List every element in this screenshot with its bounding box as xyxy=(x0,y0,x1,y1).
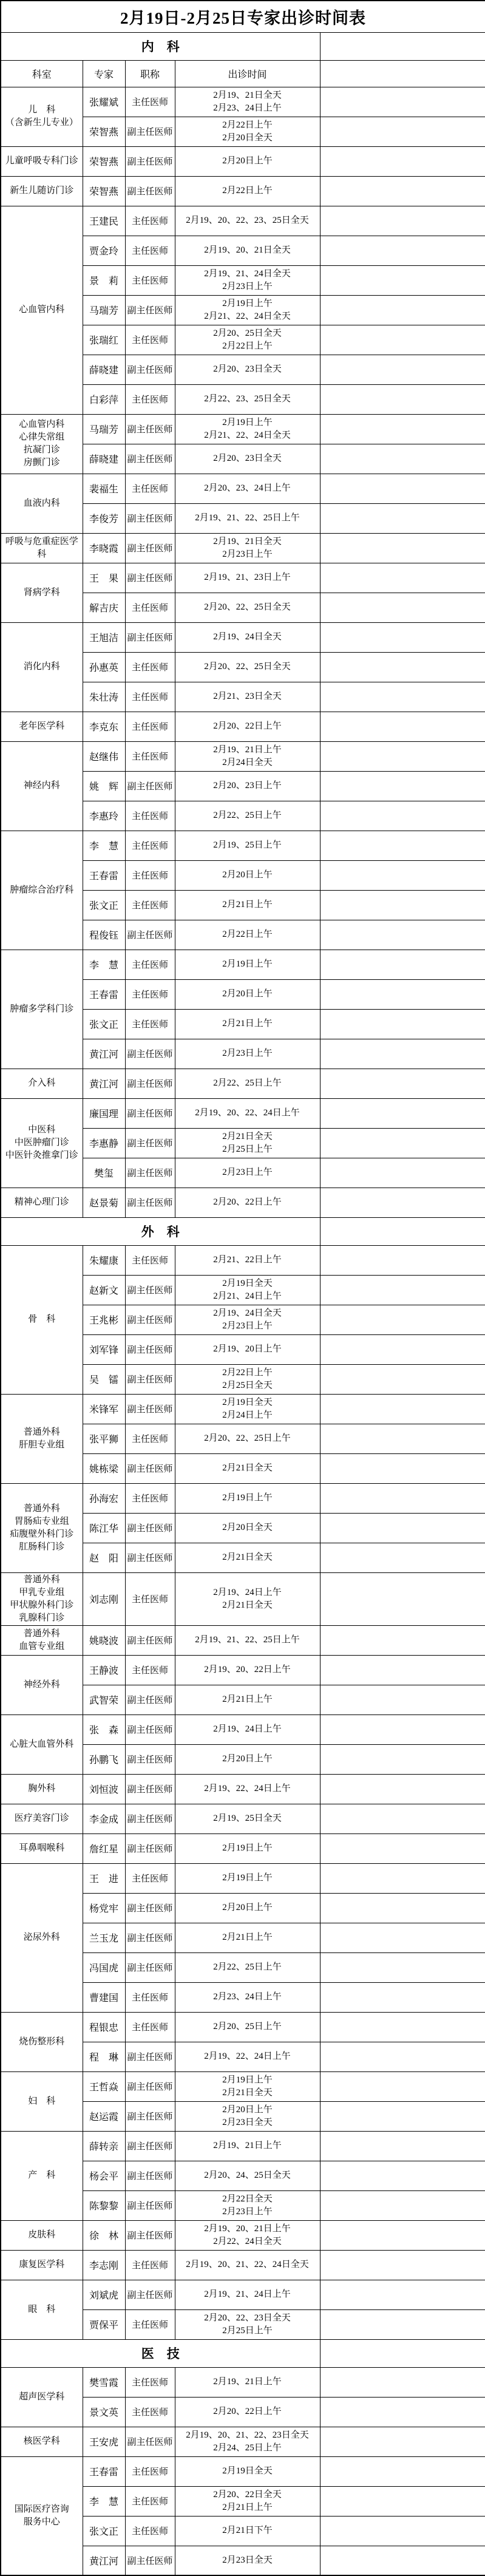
spacer-cell xyxy=(320,801,485,831)
doctor-name-cell: 朱壮涛 xyxy=(83,682,125,712)
schedule-cell: 2月19、21日全天2月23日上午 xyxy=(175,533,320,563)
department-cell: 普通外科甲乳专业组甲状腺外科门诊乳腺科门诊 xyxy=(1,1572,83,1625)
spacer-cell xyxy=(320,1158,485,1188)
schedule-cell: 2月20日上午 xyxy=(175,146,320,176)
doctor-row: 医疗美容门诊李金成副主任医师2月19、25日全天 xyxy=(1,1804,485,1833)
schedule-cell: 2月21日全天 xyxy=(175,1453,320,1483)
section-header: 内 科 xyxy=(1,32,320,60)
doctor-name-cell: 王兆彬 xyxy=(83,1305,125,1334)
doctor-title-cell: 副主任医师 xyxy=(125,1275,175,1305)
text-line: 抗凝门诊 xyxy=(2,444,81,457)
spacer-cell xyxy=(320,2101,485,2131)
schedule-cell: 2月22日全天2月23日上午 xyxy=(175,2190,320,2220)
schedule-cell: 2月19、20、22、24日上午 xyxy=(175,1098,320,1128)
doctor-name-cell: 薛晓建 xyxy=(83,444,125,474)
schedule-cell: 2月19、21日上午 xyxy=(175,2367,320,2397)
spacer-cell xyxy=(320,1188,485,1217)
schedule-cell: 2月19日上午2月21日全天 xyxy=(175,2071,320,2101)
text-line: 2月20、22、25日上午 xyxy=(177,1432,319,1445)
text-line: 心血管内科 xyxy=(2,304,81,316)
spacer-cell xyxy=(320,1217,485,1245)
section-header: 外 科 xyxy=(1,1217,320,1245)
text-line: 胃肠疝专业组 xyxy=(2,1515,81,1528)
spacer-cell xyxy=(320,1543,485,1572)
department-cell: 康复医学科 xyxy=(1,2250,83,2280)
text-line: 心血管内科 xyxy=(2,418,81,431)
doctor-title-cell: 主任医师 xyxy=(125,87,175,117)
doctor-name-cell: 李惠玲 xyxy=(83,801,125,831)
text-line: 2月23日上午 xyxy=(177,280,319,293)
text-line: 2月23日上午 xyxy=(177,1166,319,1179)
text-line: 血液内科 xyxy=(2,497,81,510)
spacer-cell xyxy=(320,1685,485,1715)
schedule-cell: 2月20、22、25日上午 xyxy=(175,1424,320,1453)
schedule-cell: 2月19日上午 xyxy=(175,950,320,979)
doctor-name-cell: 赵继伟 xyxy=(83,741,125,771)
text-line: 2月21日上午 xyxy=(177,899,319,911)
text-line: 肝胆专业组 xyxy=(2,1439,81,1452)
spacer-cell xyxy=(320,712,485,741)
text-line: 康复医学科 xyxy=(2,2258,81,2271)
department-cell: 心脏大血管外科 xyxy=(1,1715,83,1774)
spacer-cell xyxy=(320,2220,485,2250)
text-line: 2月21日全天 xyxy=(177,1599,319,1612)
doctor-row: 神经外科王静波主任医师2月19、20、22日上午 xyxy=(1,1655,485,1685)
text-line: 2月19日上午 xyxy=(177,1842,319,1855)
text-line: 皮肤科 xyxy=(2,2229,81,2241)
doctor-name-cell: 黄江河 xyxy=(83,2546,125,2575)
text-line: 2月21日上午 xyxy=(177,1018,319,1030)
doctor-name-cell: 王春雷 xyxy=(83,860,125,890)
doctor-title-cell: 主任医师 xyxy=(125,236,175,265)
text-line: 2月19日上午 xyxy=(177,2074,319,2087)
text-line: 2月21日全天 xyxy=(177,1551,319,1564)
doctor-title-cell: 主任医师 xyxy=(125,1982,175,2012)
text-line: 2月20、25日上午 xyxy=(177,2020,319,2033)
doctor-name-cell: 杨党牢 xyxy=(83,1893,125,1923)
schedule-cell: 2月20、22日上午 xyxy=(175,1188,320,1217)
doctor-name-cell: 王 进 xyxy=(83,1863,125,1893)
spacer-cell xyxy=(320,1424,485,1453)
department-cell: 肿瘤多学科门诊 xyxy=(1,950,83,1069)
doctor-title-cell: 副主任医师 xyxy=(125,1625,175,1655)
schedule-cell: 2月21、23日全天 xyxy=(175,682,320,712)
doctor-title-cell: 副主任医师 xyxy=(125,1893,175,1923)
doctor-title-cell: 主任医师 xyxy=(125,712,175,741)
text-line: 2月22日上午 xyxy=(177,185,319,197)
doctor-title-cell: 副主任医师 xyxy=(125,1952,175,1982)
doctor-name-cell: 武智荣 xyxy=(83,1685,125,1715)
text-line: 心律失常组 xyxy=(2,431,81,444)
schedule-cell: 2月21日全天 xyxy=(175,1543,320,1572)
spacer-cell xyxy=(320,1364,485,1394)
spacer-cell xyxy=(320,771,485,801)
doctor-title-cell: 副主任医师 xyxy=(125,1804,175,1833)
text-line: 2月21、23日全天 xyxy=(177,690,319,703)
doctor-name-cell: 李晓霞 xyxy=(83,533,125,563)
text-line: 中医肿瘤门诊 xyxy=(2,1137,81,1149)
text-line: 妇 科 xyxy=(2,2095,81,2108)
spacer-cell xyxy=(320,503,485,533)
schedule-cell: 2月22日上午 xyxy=(175,176,320,206)
doctor-row: 血液内科裴福生主任医师2月20、23、24日上午 xyxy=(1,474,485,503)
text-line: 2月19日上午 xyxy=(177,1492,319,1504)
doctor-name-cell: 杨会平 xyxy=(83,2161,125,2190)
text-line: 服务中心 xyxy=(2,2516,81,2529)
spacer-cell xyxy=(320,87,485,117)
schedule-cell: 2月22、23、25日全天 xyxy=(175,384,320,414)
spacer-cell xyxy=(320,682,485,712)
spacer-cell xyxy=(320,117,485,146)
doctor-name-cell: 赵运霞 xyxy=(83,2101,125,2131)
doctor-title-cell: 副主任医师 xyxy=(125,771,175,801)
doctor-title-cell: 副主任医师 xyxy=(125,2131,175,2161)
text-line: 2月19、24日全天 xyxy=(177,1307,319,1320)
doctor-row: 普通外科胃肠疝专业组疝腹壁外科门诊肛肠科门诊孙海宏主任医师2月19日上午 xyxy=(1,1483,485,1513)
text-line: 2月19日上午 xyxy=(177,297,319,310)
doctor-row: 普通外科血管专业组姚晓波副主任医师2月19、21、22、25日上午 xyxy=(1,1625,485,1655)
doctor-row: 心血管内科王建民主任医师2月19、20、22、23、25日全天 xyxy=(1,206,485,236)
doctor-name-cell: 陈江华 xyxy=(83,1513,125,1543)
text-line: 2月20日全天 xyxy=(177,1521,319,1534)
doctor-name-cell: 姚晓波 xyxy=(83,1625,125,1655)
doctor-row: 介入科黄江河副主任医师2月22、25日上午 xyxy=(1,1069,485,1098)
text-line: 2月19、20日上午 xyxy=(177,1343,319,1356)
schedule-cell: 2月20日上午 xyxy=(175,1893,320,1923)
text-line: 2月19、20、21日上午 xyxy=(177,2223,319,2235)
section-header: 医 技 xyxy=(1,2339,320,2367)
spacer-cell xyxy=(320,1009,485,1039)
text-line: 骨 科 xyxy=(2,1313,81,1326)
department-cell: 儿 科（含新生儿专业） xyxy=(1,87,83,146)
spacer-cell xyxy=(320,1069,485,1098)
text-line: 2月20日上午 xyxy=(177,1753,319,1765)
text-line: 肾病学科 xyxy=(2,586,81,599)
doctor-title-cell: 主任医师 xyxy=(125,474,175,503)
department-cell: 国际医疗咨询服务中心 xyxy=(1,2456,83,2575)
text-line: 泌尿外科 xyxy=(2,1931,81,1944)
doctor-name-cell: 张文正 xyxy=(83,2516,125,2546)
text-line: 2月23日上午 xyxy=(177,2206,319,2218)
text-line: 超声医学科 xyxy=(2,2391,81,2404)
spacer-cell xyxy=(320,1128,485,1158)
doctor-title-cell: 主任医师 xyxy=(125,950,175,979)
text-line: 2月25日上午 xyxy=(177,1143,319,1156)
text-line: 精神心理门诊 xyxy=(2,1196,81,1209)
doctor-title-cell: 副主任医师 xyxy=(125,295,175,325)
doctor-title-cell: 主任医师 xyxy=(125,2516,175,2546)
doctor-name-cell: 张平狮 xyxy=(83,1424,125,1453)
doctor-title-cell: 副主任医师 xyxy=(125,1394,175,1424)
doctor-title-cell: 主任医师 xyxy=(125,890,175,920)
doctor-title-cell: 主任医师 xyxy=(125,2250,175,2280)
doctor-name-cell: 李 慧 xyxy=(83,950,125,979)
department-cell: 普通外科肝胆专业组 xyxy=(1,1394,83,1483)
schedule-cell: 2月23日上午 xyxy=(175,1158,320,1188)
spacer-cell xyxy=(320,1245,485,1275)
schedule-cell: 2月22日上午 xyxy=(175,920,320,950)
doctor-title-cell: 主任医师 xyxy=(125,831,175,860)
doctor-title-cell: 主任医师 xyxy=(125,1245,175,1275)
text-line: 2月19、21日全天 xyxy=(177,89,319,102)
text-line: 2月19、22、24日上午 xyxy=(177,1782,319,1795)
doctor-row: 精神心理门诊赵景菊副主任医师2月20、22日上午 xyxy=(1,1188,485,1217)
department-cell: 耳鼻咽喉科 xyxy=(1,1833,83,1863)
text-line: 2月20日全天 xyxy=(177,132,319,144)
doctor-title-cell: 主任医师 xyxy=(125,1009,175,1039)
doctor-title-cell: 副主任医师 xyxy=(125,355,175,384)
doctor-title-cell: 副主任医师 xyxy=(125,2427,175,2456)
spacer-cell xyxy=(320,1453,485,1483)
text-line: 2月21日全天 xyxy=(177,1130,319,1143)
doctor-title-cell: 副主任医师 xyxy=(125,176,175,206)
text-line: 2月22、25日上午 xyxy=(177,809,319,822)
doctor-name-cell: 王建民 xyxy=(83,206,125,236)
spacer-cell xyxy=(320,1923,485,1952)
doctor-title-cell: 副主任医师 xyxy=(125,1039,175,1069)
spacer-cell xyxy=(320,593,485,622)
doctor-title-cell: 副主任医师 xyxy=(125,920,175,950)
schedule-cell: 2月20日上午 xyxy=(175,860,320,890)
doctor-title-cell: 副主任医师 xyxy=(125,1128,175,1158)
text-line: 2月20、23、24日上午 xyxy=(177,482,319,495)
schedule-cell: 2月23日全天 xyxy=(175,2546,320,2575)
schedule-cell: 2月19、20、21、22、23日全天2月24、25日上午 xyxy=(175,2427,320,2456)
text-line: 2月21、22日上午 xyxy=(177,1254,319,1266)
schedule-cell: 2月20日全天 xyxy=(175,1513,320,1543)
spacer-cell xyxy=(320,1098,485,1128)
text-line: 2月21日全天 xyxy=(177,2087,319,2099)
doctor-name-cell: 李惠静 xyxy=(83,1128,125,1158)
text-line: 2月20日上午 xyxy=(177,869,319,882)
doctor-title-cell: 副主任医师 xyxy=(125,1923,175,1952)
text-line: 2月22、25日上午 xyxy=(177,1077,319,1090)
schedule-cell: 2月21、22日上午 xyxy=(175,1245,320,1275)
schedule-cell: 2月19、20、21、22、24日全天 xyxy=(175,2250,320,2280)
doctor-name-cell: 廉国理 xyxy=(83,1098,125,1128)
text-line: 介入科 xyxy=(2,1077,81,1090)
department-cell: 眼 科 xyxy=(1,2280,83,2339)
doctor-name-cell: 曹建国 xyxy=(83,1982,125,2012)
doctor-name-cell: 冯国虎 xyxy=(83,1952,125,1982)
text-line: 2月19、21日上午 xyxy=(177,744,319,756)
doctor-row: 烧伤整形科程银忠主任医师2月20、25日上午 xyxy=(1,2012,485,2042)
doctor-name-cell: 黄江河 xyxy=(83,1039,125,1069)
department-cell: 中医科中医肿瘤门诊中医针灸推拿门诊 xyxy=(1,1098,83,1188)
doctor-name-cell: 荣智燕 xyxy=(83,176,125,206)
schedule-cell: 2月19、20、22、23、25日全天 xyxy=(175,206,320,236)
text-line: 2月20、22、25日全天 xyxy=(177,661,319,673)
doctor-name-cell: 马瑞芳 xyxy=(83,295,125,325)
doctor-title-cell: 副主任医师 xyxy=(125,1364,175,1394)
doctor-title-cell: 副主任医师 xyxy=(125,1513,175,1543)
text-line: 2月23日上午 xyxy=(177,1320,319,1333)
doctor-name-cell: 樊玺 xyxy=(83,1158,125,1188)
text-line: 2月22、23、25日全天 xyxy=(177,393,319,406)
spacer-cell xyxy=(320,622,485,652)
schedule-cell: 2月19日全天2月21、24日上午 xyxy=(175,1275,320,1305)
schedule-cell: 2月22日上午2月25日全天 xyxy=(175,1364,320,1394)
schedule-cell: 2月22、25日上午 xyxy=(175,801,320,831)
doctor-title-cell: 主任医师 xyxy=(125,1655,175,1685)
text-line: 2月20、23日全天 xyxy=(177,363,319,376)
spacer-cell xyxy=(320,950,485,979)
text-line: 2月19日上午 xyxy=(177,1872,319,1884)
department-cell: 新生儿随访门诊 xyxy=(1,176,83,206)
doctor-name-cell: 荣智燕 xyxy=(83,146,125,176)
doctor-row: 老年医学科李克东主任医师2月20、22日上午 xyxy=(1,712,485,741)
page-title: 2月19日-2月25日专家出诊时间表 xyxy=(1,1,485,32)
schedule-cell: 2月22、25日上午 xyxy=(175,1952,320,1982)
text-line: 儿 科 xyxy=(2,104,81,117)
text-line: 2月22日上午 xyxy=(177,340,319,353)
text-line: 疝腹壁外科门诊 xyxy=(2,1528,81,1541)
doctor-title-cell: 副主任医师 xyxy=(125,1685,175,1715)
doctor-name-cell: 赵 阳 xyxy=(83,1543,125,1572)
doctor-row: 心血管内科心律失常组抗凝门诊房颤门诊马瑞芳副主任医师2月19日上午2月21、22… xyxy=(1,414,485,444)
doctor-title-cell: 副主任医师 xyxy=(125,1774,175,1804)
doctor-title-cell: 副主任医师 xyxy=(125,1069,175,1098)
text-line: 烧伤整形科 xyxy=(2,2036,81,2048)
doctor-title-cell: 主任医师 xyxy=(125,2486,175,2516)
spacer-cell xyxy=(320,1804,485,1833)
schedule-cell: 2月20、22日全天2月21日上午 xyxy=(175,2486,320,2516)
doctor-title-cell: 副主任医师 xyxy=(125,1453,175,1483)
text-line: 2月20日上午 xyxy=(177,155,319,168)
department-cell: 妇 科 xyxy=(1,2071,83,2131)
doctor-title-cell: 副主任医师 xyxy=(125,533,175,563)
doctor-name-cell: 詹红星 xyxy=(83,1833,125,1863)
spacer-cell xyxy=(320,1572,485,1625)
spacer-cell xyxy=(320,2190,485,2220)
doctor-title-cell: 副主任医师 xyxy=(125,2042,175,2071)
schedule-cell: 2月20、22日上午 xyxy=(175,2397,320,2427)
spacer-cell xyxy=(320,2161,485,2190)
text-line: 2月19、20、21日全天 xyxy=(177,244,319,257)
doctor-title-cell: 主任医师 xyxy=(125,2397,175,2427)
doctor-row: 妇 科王哲焱副主任医师2月19日上午2月21日全天 xyxy=(1,2071,485,2101)
spacer-cell xyxy=(320,1513,485,1543)
text-line: 2月21日上午 xyxy=(177,1693,319,1706)
spacer-cell xyxy=(320,295,485,325)
schedule-cell: 2月21日上午 xyxy=(175,1685,320,1715)
spacer-cell xyxy=(320,325,485,355)
spacer-cell xyxy=(320,384,485,414)
spacer-cell xyxy=(320,206,485,236)
doctor-name-cell: 刘军锋 xyxy=(83,1334,125,1364)
section-row: 医 技 xyxy=(1,2339,485,2367)
schedule-cell: 2月19、24日全天2月23日上午 xyxy=(175,1305,320,1334)
text-line: 2月19、21日上午 xyxy=(177,2139,319,2152)
schedule-cell: 2月22、25日上午 xyxy=(175,1069,320,1098)
department-cell: 神经外科 xyxy=(1,1655,83,1715)
doctor-name-cell: 李志刚 xyxy=(83,2250,125,2280)
text-line: 甲乳专业组 xyxy=(2,1586,81,1599)
doctor-name-cell: 陈黎黎 xyxy=(83,2190,125,2220)
spacer-cell xyxy=(320,176,485,206)
doctor-title-cell: 副主任医师 xyxy=(125,503,175,533)
text-line: 2月19、21日全天 xyxy=(177,535,319,548)
spacer-cell xyxy=(320,1655,485,1685)
doctor-title-cell: 副主任医师 xyxy=(125,2280,175,2309)
doctor-row: 心脏大血管外科张 森副主任医师2月19、24日上午 xyxy=(1,1715,485,1744)
spacer-cell xyxy=(320,2486,485,2516)
spacer-cell xyxy=(320,2367,485,2397)
doctor-row: 中医科中医肿瘤门诊中医针灸推拿门诊廉国理副主任医师2月19、20、22、24日上… xyxy=(1,1098,485,1128)
doctor-name-cell: 孙鹏飞 xyxy=(83,1744,125,1774)
department-cell: 消化内科 xyxy=(1,622,83,712)
doctor-title-cell: 主任医师 xyxy=(125,860,175,890)
text-line: 2月21、22、24日全天 xyxy=(177,429,319,442)
doctor-name-cell: 王 果 xyxy=(83,563,125,593)
text-line: 2月19、21、24日全天 xyxy=(177,268,319,280)
schedule-cell: 2月20日上午 xyxy=(175,1744,320,1774)
schedule-cell: 2月20、25日全天2月22日上午 xyxy=(175,325,320,355)
doctor-title-cell: 主任医师 xyxy=(125,741,175,771)
schedule-cell: 2月20日上午2月23日全天 xyxy=(175,2101,320,2131)
text-line: 胸外科 xyxy=(2,1782,81,1795)
text-line: 2月19、24日上午 xyxy=(177,1723,319,1736)
spacer-cell xyxy=(320,1394,485,1424)
doctor-name-cell: 王春雷 xyxy=(83,979,125,1009)
text-line: 2月20日上午 xyxy=(177,1901,319,1914)
doctor-title-cell: 副主任医师 xyxy=(125,2101,175,2131)
spacer-cell xyxy=(320,1275,485,1305)
col-header-visit-time: 出诊时间 xyxy=(175,60,320,87)
text-line: 2月23、24日上午 xyxy=(177,102,319,115)
doctor-name-cell: 李俊芳 xyxy=(83,503,125,533)
schedule-cell: 2月20、24、25日全天 xyxy=(175,2161,320,2190)
doctor-title-cell: 副主任医师 xyxy=(125,1334,175,1364)
title-row: 2月19日-2月25日专家出诊时间表 xyxy=(1,1,485,32)
doctor-name-cell: 李 慧 xyxy=(83,2486,125,2516)
text-line: 儿童呼吸专科门诊 xyxy=(2,155,81,168)
text-line: 2月19、21、23日上午 xyxy=(177,571,319,584)
doctor-row: 产 科薛转亲副主任医师2月19、21日上午 xyxy=(1,2131,485,2161)
department-cell: 儿童呼吸专科门诊 xyxy=(1,146,83,176)
doctor-title-cell: 副主任医师 xyxy=(125,117,175,146)
text-line: 2月24日全天 xyxy=(177,756,319,769)
column-header-row: 科室专家职称出诊时间 xyxy=(1,60,485,87)
doctor-title-cell: 副主任医师 xyxy=(125,2161,175,2190)
schedule-cell: 2月19、20日上午 xyxy=(175,1334,320,1364)
spacer-cell xyxy=(320,979,485,1009)
schedule-cell: 2月19、21日上午 xyxy=(175,2131,320,2161)
text-line: 房颤门诊 xyxy=(2,457,81,469)
text-line: 2月21日下午 xyxy=(177,2524,319,2537)
text-line: 2月22日全天 xyxy=(177,2193,319,2206)
doctor-name-cell: 景文英 xyxy=(83,2397,125,2427)
text-line: 2月19、20、22、23、25日全天 xyxy=(177,214,319,227)
doctor-name-cell: 李金成 xyxy=(83,1804,125,1833)
schedule-cell: 2月20、23日上午 xyxy=(175,771,320,801)
text-line: 肛肠科门诊 xyxy=(2,1541,81,1554)
doctor-row: 核医学科王安虎副主任医师2月19、20、21、22、23日全天2月24、25日上… xyxy=(1,2427,485,2456)
schedule-cell: 2月21日全天2月25日上午 xyxy=(175,1128,320,1158)
text-line: 普通外科 xyxy=(2,1426,81,1439)
text-line: 2月20、23日上午 xyxy=(177,780,319,792)
schedule-cell: 2月19、21、24日全天2月23日上午 xyxy=(175,265,320,295)
spacer-cell xyxy=(320,1744,485,1774)
spacer-cell xyxy=(320,1774,485,1804)
spacer-cell xyxy=(320,2131,485,2161)
spacer-cell xyxy=(320,1952,485,1982)
text-line: 2月19、22、24日上午 xyxy=(177,2050,319,2063)
spacer-cell xyxy=(320,1833,485,1863)
doctor-name-cell: 薛晓建 xyxy=(83,355,125,384)
spacer-cell xyxy=(320,2042,485,2071)
doctor-name-cell: 王安虎 xyxy=(83,2427,125,2456)
